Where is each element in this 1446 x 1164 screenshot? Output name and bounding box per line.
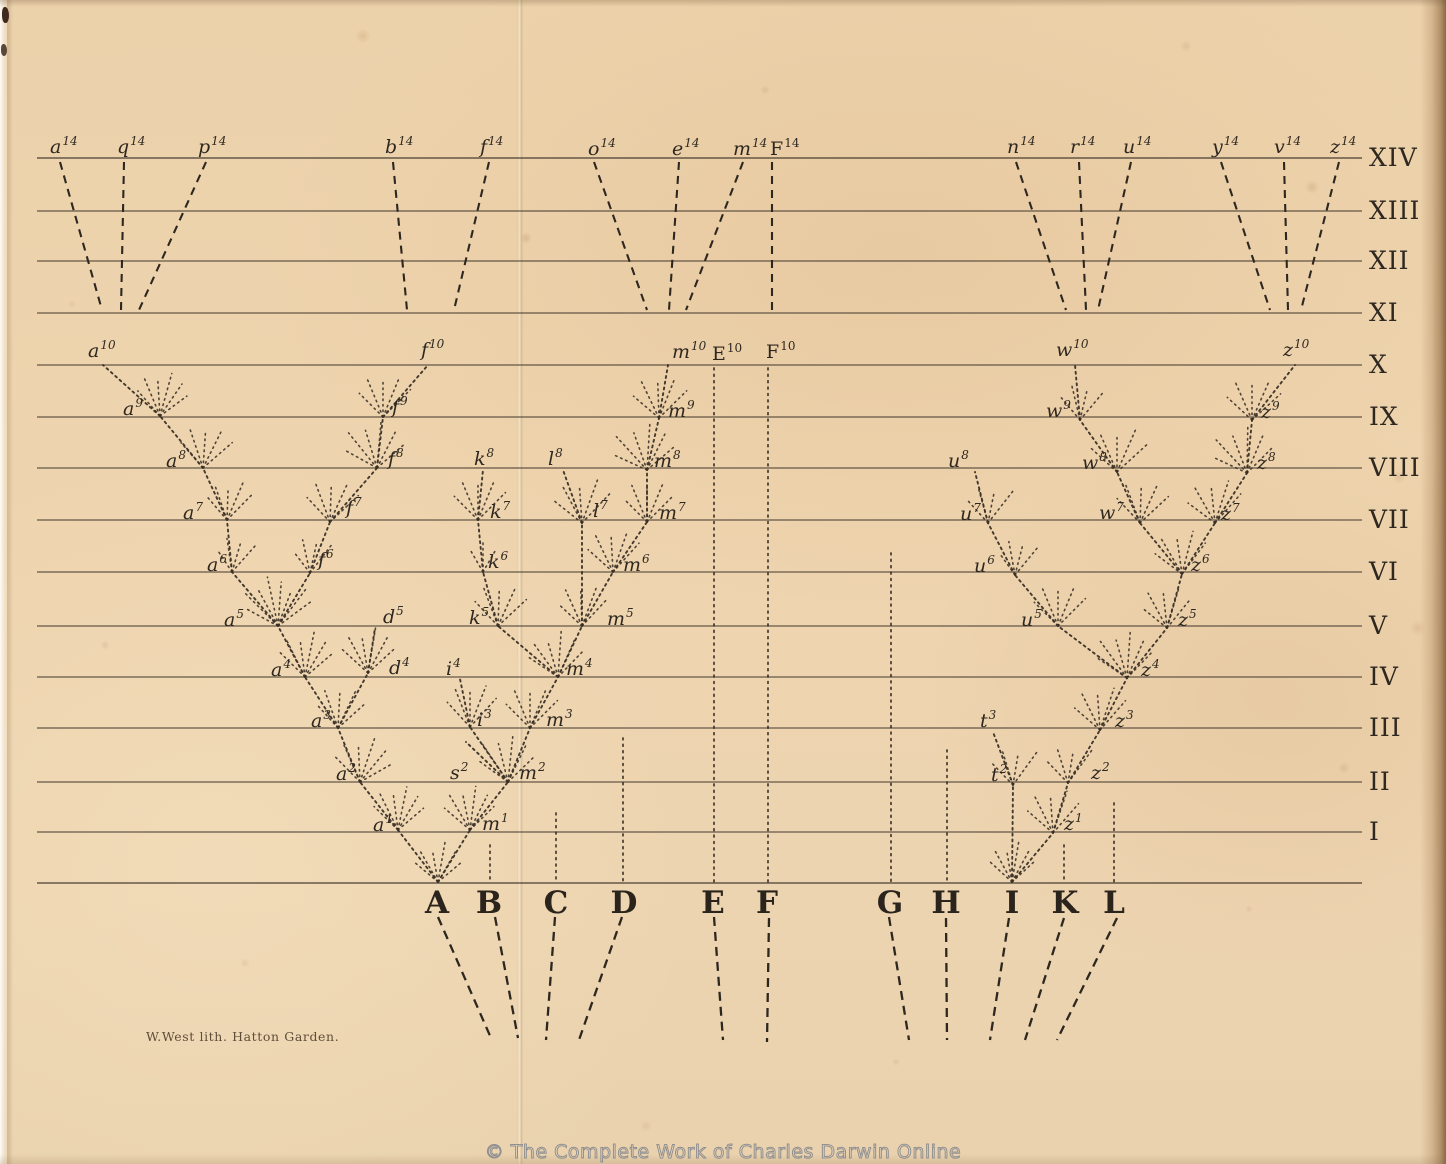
label-a10: a10: [88, 338, 116, 362]
branch-labels: a10a9a8a7a6a5a4a3a2a1m1s2m2m3m4m5m6m7m8m…: [88, 337, 1310, 836]
label-r14: r14: [1070, 134, 1095, 158]
fan-z2: [1047, 747, 1092, 783]
label-k8: k8: [474, 446, 495, 470]
label-z9: z9: [1260, 399, 1280, 423]
generation-numerals: XIVXIIIXIIXIXIXVIIIVIIVIVIVIIIIII: [1368, 143, 1421, 846]
svg-text:VII: VII: [1368, 505, 1410, 534]
fan-a8: [181, 429, 232, 468]
svg-text:VI: VI: [1368, 557, 1399, 586]
lineage-edges: [103, 365, 1295, 882]
label-m9: m9: [668, 398, 695, 422]
label-z14: z14: [1329, 134, 1356, 158]
top-labels: a14q14p14b14f14o14e14m14F14n14r14u14y14v…: [50, 134, 1356, 160]
label-p14: p14: [198, 134, 226, 158]
label-e14: e14: [672, 136, 700, 160]
label-d4: d4: [389, 655, 410, 679]
label-w9: w9: [1046, 398, 1071, 422]
svg-text:IV: IV: [1369, 662, 1399, 691]
fan-a5: [245, 577, 311, 626]
label-v14: v14: [1274, 134, 1301, 158]
base-letter-L: L: [1103, 885, 1125, 921]
diagram-svg: XIVXIIIXIIXIXIXVIIIVIIVIVIVIIIIIIa14q14p…: [0, 0, 1446, 1164]
fan-f8: [345, 420, 404, 468]
svg-text:III: III: [1369, 713, 1402, 742]
svg-text:XI: XI: [1369, 298, 1399, 327]
label-l8: l8: [548, 446, 563, 470]
label-o14: o14: [588, 136, 616, 160]
svg-text:X: X: [1369, 350, 1388, 379]
base-letter-K: K: [1052, 885, 1080, 921]
label-a5: a5: [224, 607, 244, 631]
root-dashed-lines: [438, 917, 1117, 1042]
darwin-divergence-diagram: XIVXIIIXIIXIXIXVIIIVIIVIVIVIIIIIIa14q14p…: [0, 0, 1446, 1164]
label-s2: s2: [450, 760, 468, 784]
base-letter-I: I: [1005, 885, 1020, 921]
svg-text:I: I: [1369, 817, 1380, 846]
scanned-book-page: { "page": { "credit": "W.West lith. Hatt…: [0, 0, 1446, 1164]
label-E10: E10: [712, 341, 742, 365]
label-m14: m14: [733, 136, 767, 160]
label-f7: f7: [344, 495, 362, 519]
fan-a7: [207, 483, 251, 520]
label-z7: z7: [1220, 501, 1240, 525]
svg-text:V: V: [1368, 611, 1388, 640]
fan-u5: [1034, 585, 1085, 626]
svg-text:XII: XII: [1369, 246, 1410, 275]
svg-text:XIV: XIV: [1369, 143, 1418, 172]
label-u7: u7: [960, 501, 981, 525]
base-letter-B: B: [476, 885, 502, 921]
fan-u6: [999, 542, 1038, 575]
base-letter-G: G: [877, 885, 903, 921]
label-m10: m10: [672, 339, 707, 363]
fan-d4: [342, 628, 394, 673]
label-u5: u5: [1021, 607, 1042, 631]
base-letter-E: E: [701, 885, 725, 921]
label-u14: u14: [1123, 134, 1152, 158]
label-u6: u6: [974, 553, 995, 577]
svg-text:IX: IX: [1369, 402, 1399, 431]
svg-text:VIII: VIII: [1368, 453, 1421, 482]
label-F10: F10: [766, 339, 795, 363]
watermark-text: © The Complete Work of Charles Darwin On…: [0, 1141, 1446, 1163]
label-q14: q14: [117, 134, 145, 158]
label-b14: b14: [385, 134, 413, 158]
base-letter-A: A: [424, 885, 450, 921]
label-l7: l7: [593, 498, 608, 522]
label-m2: m2: [519, 760, 546, 784]
base-species-letters: ABCDEFGHIKL: [424, 885, 1125, 921]
label-f8: f8: [386, 446, 404, 470]
label-z2: z2: [1090, 760, 1110, 784]
upper-dashed-lineages: [60, 162, 1339, 310]
base-letter-H: H: [931, 885, 960, 921]
fan-a9: [138, 374, 187, 416]
label-a14: a14: [50, 134, 78, 158]
generation-lines: [37, 158, 1362, 883]
label-f10: f10: [419, 337, 445, 361]
label-f9: f9: [390, 394, 408, 418]
label-w10: w10: [1056, 337, 1089, 361]
base-letter-F: F: [756, 885, 778, 921]
label-w8: w8: [1082, 450, 1107, 474]
label-z10: z10: [1282, 337, 1310, 361]
label-k6: k6: [488, 549, 509, 573]
fan-A: [415, 843, 462, 882]
label-f6: f6: [316, 547, 334, 571]
label-F14: F14: [770, 136, 800, 160]
lithographer-credit: W.West lith. Hatton Garden.: [146, 1029, 339, 1043]
base-letter-D: D: [611, 885, 638, 921]
svg-text:II: II: [1369, 767, 1391, 796]
variation-fans: [138, 374, 1281, 882]
label-d5: d5: [383, 604, 404, 628]
label-z5: z5: [1177, 607, 1197, 631]
base-letter-C: C: [544, 885, 569, 921]
svg-text:XIII: XIII: [1369, 196, 1420, 225]
label-f14: f14: [478, 134, 503, 158]
label-n14: n14: [1007, 134, 1036, 158]
label-z8: z8: [1256, 450, 1276, 474]
label-y14: y14: [1211, 134, 1239, 158]
